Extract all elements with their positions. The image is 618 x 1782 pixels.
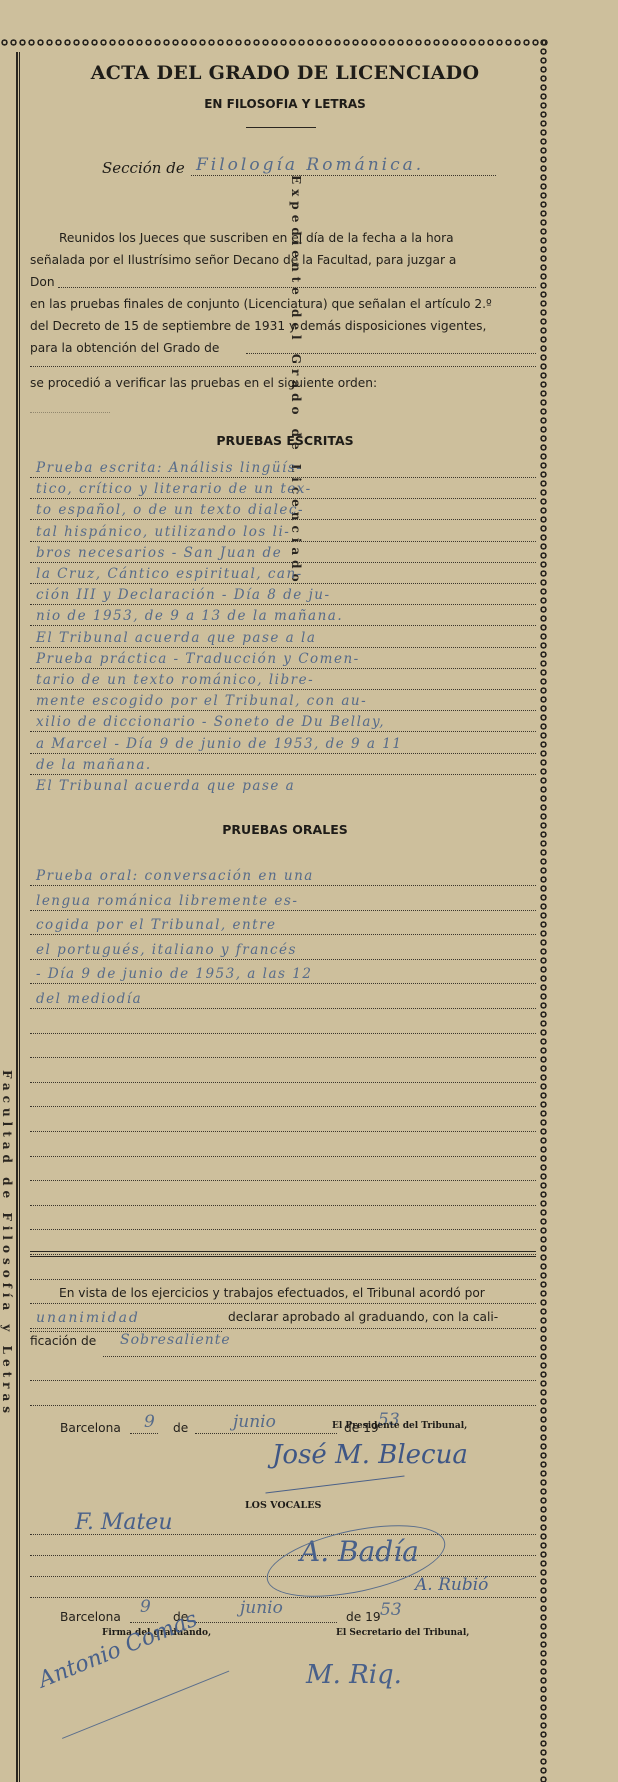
vocal-1-signature: F. Mateu: [75, 1510, 173, 1535]
presidente-label: El Presidente del Tribunal,: [332, 1421, 467, 1431]
seccion-label: Sección de: [102, 159, 185, 177]
escritas-ruled-line: [30, 774, 536, 775]
intro-line-5: del Decreto de 15 de septiembre de 1931 …: [30, 315, 538, 337]
document-subtitle: EN FILOSOFIA Y LETRAS: [30, 97, 540, 111]
orales-ruled-line[interactable]: [30, 1033, 536, 1034]
escritas-ruled-line: [30, 583, 536, 584]
orales-ruled-line[interactable]: [30, 1057, 536, 1058]
decorative-top-border: [0, 38, 548, 47]
orales-ruled-line[interactable]: [30, 1082, 536, 1083]
fecha2-day[interactable]: 9: [140, 1597, 151, 1617]
escritas-ruled-line: [30, 541, 536, 542]
orales-ruled-line: [30, 885, 536, 886]
calificacion-field-line[interactable]: [103, 1356, 536, 1357]
calificacion-line-3: [30, 1405, 536, 1406]
calificacion-label: ficación de: [30, 1330, 96, 1352]
orales-handwritten-line[interactable]: cogida por el Tribunal, entre: [36, 917, 277, 933]
grado-continuation-line[interactable]: [30, 366, 536, 367]
orales-ruled-line[interactable]: [30, 1205, 536, 1206]
fecha2-month[interactable]: junio: [240, 1598, 283, 1618]
escritas-ruled-line: [30, 625, 536, 626]
document-title: ACTA DEL GRADO DE LICENCIADO: [30, 62, 540, 84]
por-value[interactable]: unanimidad: [36, 1310, 140, 1326]
escritas-ruled-line: [30, 519, 536, 520]
resolucion-line-1: En vista de los ejercicios y trabajos ef…: [30, 1282, 538, 1304]
pruebas-escritas-heading: PRUEBAS ESCRITAS: [30, 433, 540, 448]
fecha1-city: Barcelona: [60, 1417, 121, 1439]
escritas-ruled-line: [30, 498, 536, 499]
escritas-handwritten-line[interactable]: xilio de diccionario - Soneto de Du Bell…: [36, 714, 385, 730]
title-rule: [246, 127, 316, 128]
secretario-signature: M. Riq.: [306, 1660, 402, 1690]
escritas-handwritten-line[interactable]: ción III y Declaración - Día 8 de ju-: [36, 587, 331, 603]
escritas-handwritten-line[interactable]: de la mañana.: [36, 757, 152, 773]
seccion-value[interactable]: Filología Románica.: [196, 155, 424, 175]
escritas-handwritten-line[interactable]: El Tribunal acuerda que pase a la: [36, 630, 316, 646]
escritas-ruled-line: [30, 562, 536, 563]
don-field-line[interactable]: [58, 287, 536, 288]
seccion-field-line: [191, 175, 496, 176]
orales-ruled-line: [30, 934, 536, 935]
margin-vertical-text-bottom: Facultad de Filosofía y Letras: [0, 1070, 14, 1418]
calificacion-value[interactable]: Sobresaliente: [120, 1332, 231, 1348]
orales-ruled-line: [30, 959, 536, 960]
orales-ruled-line: [30, 1008, 536, 1009]
escritas-handwritten-line[interactable]: to español, o de un texto dialec-: [36, 502, 304, 518]
don-label: Don: [30, 271, 55, 293]
intro-line-4: en las pruebas finales de conjunto (Lice…: [30, 293, 538, 315]
secretario-label: El Secretario del Tribunal,: [336, 1628, 469, 1638]
presidente-signature: José M. Blecua: [272, 1440, 468, 1470]
orales-ruled-line: [30, 910, 536, 911]
vocal-2-signature-flourish: [261, 1512, 452, 1610]
faint-line: [30, 412, 110, 413]
fecha1-de-1: de: [173, 1417, 188, 1439]
orales-ruled-line[interactable]: [30, 1106, 536, 1107]
escritas-handwritten-line[interactable]: nio de 1953, de 9 a 13 de la mañana.: [36, 608, 343, 624]
escritas-handwritten-line[interactable]: mente escogido por el Tribunal, con au-: [36, 693, 367, 709]
left-margin-rule: [16, 52, 20, 1782]
vocal-3-signature: A. Rubió: [415, 1575, 488, 1595]
fecha1-day-line[interactable]: [130, 1433, 158, 1434]
escritas-ruled-line: [30, 689, 536, 690]
intro-line-1: Reunidos los Jueces que suscriben en el …: [30, 227, 538, 249]
fecha1-day[interactable]: 9: [144, 1412, 155, 1432]
orales-ruled-line[interactable]: [30, 1180, 536, 1181]
resolucion-line-2: declarar aprobado al graduando, con la c…: [228, 1306, 498, 1328]
vocales-label: LOS VOCALES: [245, 1500, 321, 1511]
escritas-handwritten-line[interactable]: tal hispánico, utilizando los li-: [36, 524, 290, 540]
graduando-signature-underline: [62, 1671, 229, 1739]
escritas-ruled-line: [30, 668, 536, 669]
escritas-ruled-line: [30, 710, 536, 711]
pruebas-orales-heading: PRUEBAS ORALES: [30, 822, 540, 837]
fecha2-de-2: de 19: [346, 1606, 381, 1628]
orales-ruled-line[interactable]: [30, 1156, 536, 1157]
escritas-ruled-line: [30, 647, 536, 648]
escritas-handwritten-line[interactable]: Prueba escrita: Análisis lingüís-: [36, 460, 302, 476]
orales-ruled-line[interactable]: [30, 1279, 536, 1280]
escritas-handwritten-line[interactable]: Prueba práctica - Traducción y Comen-: [36, 651, 360, 667]
fecha2-month-line[interactable]: [195, 1622, 337, 1623]
orales-handwritten-line[interactable]: - Día 9 de junio de 1953, a las 12: [36, 966, 312, 982]
escritas-ruled-line: [30, 604, 536, 605]
fecha2-year[interactable]: 53: [380, 1600, 402, 1620]
orales-handwritten-line[interactable]: el portugués, italiano y francés: [36, 942, 297, 958]
intro-line-6: para la obtención del Grado de: [30, 337, 219, 359]
section-double-rule: [30, 1251, 536, 1257]
escritas-handwritten-line[interactable]: tario de un texto románico, libre-: [36, 672, 314, 688]
orales-handwritten-line[interactable]: Prueba oral: conversación en una: [36, 868, 314, 884]
intro-line-7: se procedió a verificar las pruebas en e…: [30, 372, 377, 394]
orales-ruled-line[interactable]: [30, 1131, 536, 1132]
escritas-handwritten-line[interactable]: El Tribunal acuerda que pase a: [36, 778, 295, 794]
orales-ruled-line[interactable]: [30, 1229, 536, 1230]
intro-line-2: señalada por el Ilustrísimo señor Decano…: [30, 249, 538, 271]
escritas-ruled-line: [30, 753, 536, 754]
escritas-ruled-line: [30, 731, 536, 732]
decorative-right-border: [539, 38, 548, 1782]
grado-field-line[interactable]: [246, 353, 536, 354]
vocal-line-4[interactable]: [30, 1597, 536, 1598]
escritas-handwritten-line[interactable]: a Marcel - Día 9 de junio de 1953, de 9 …: [36, 736, 402, 752]
escritas-ruled-line: [30, 477, 536, 478]
orales-ruled-line: [30, 983, 536, 984]
presidente-signature-underline: [265, 1475, 404, 1493]
fecha2-city: Barcelona: [60, 1606, 121, 1628]
escritas-handwritten-line[interactable]: la Cruz, Cántico espiritual, can-: [36, 566, 303, 582]
fecha1-month[interactable]: junio: [233, 1412, 276, 1432]
calificacion-line-2: [30, 1380, 536, 1381]
escritas-handwritten-line[interactable]: bros necesarios - San Juan de: [36, 545, 282, 561]
orales-handwritten-line[interactable]: del mediodía: [36, 991, 142, 1007]
escritas-handwritten-line[interactable]: tico, crítico y literario de un tex-: [36, 481, 312, 497]
fecha1-month-line[interactable]: [195, 1433, 337, 1434]
orales-handwritten-line[interactable]: lengua románica libremente es-: [36, 893, 298, 909]
